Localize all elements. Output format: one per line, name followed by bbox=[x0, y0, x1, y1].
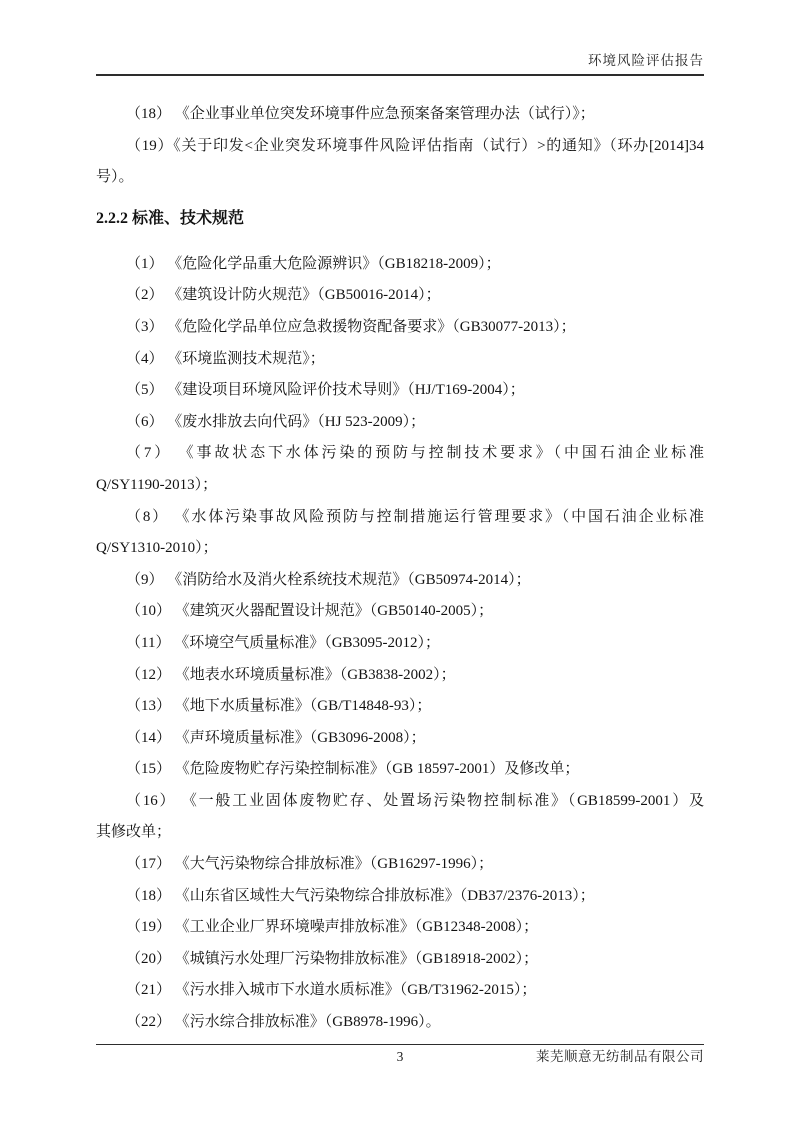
section-heading: 2.2.2 标准、技术规范 bbox=[96, 208, 704, 230]
paragraph: （19）《关于印发<企业突发环境事件风险评估指南（试行）>的通知》（环办[201… bbox=[96, 131, 704, 194]
paragraph-line: （14） 《声环境质量标准》（GB3096-2008）； bbox=[96, 723, 704, 755]
heading-text: 2.2.2 标准、技术规范 bbox=[96, 208, 704, 230]
paragraph-line: 其修改单； bbox=[96, 817, 704, 849]
document-body: （18） 《企业事业单位突发环境事件应急预案备案管理办法（试行）》；（19）《关… bbox=[96, 91, 704, 1039]
paragraph: （15） 《危险废物贮存污染控制标准》（GB 18597-2001）及修改单； bbox=[96, 754, 704, 786]
paragraph: （21） 《污水排入城市下水道水质标准》（GB/T31962-2015）； bbox=[96, 975, 704, 1007]
document-page: 环境风险评估报告 （18） 《企业事业单位突发环境事件应急预案备案管理办法（试行… bbox=[0, 0, 800, 1131]
report-title: 环境风险评估报告 bbox=[96, 52, 704, 70]
paragraph: （8） 《水体污染事故风险预防与控制措施运行管理要求》（中国石油企业标准Q/SY… bbox=[96, 502, 704, 565]
paragraph-line: （6） 《废水排放去向代码》（HJ 523-2009）； bbox=[96, 407, 704, 439]
paragraph-line: （16） 《一般工业固体废物贮存、处置场污染物控制标准》（GB18599-200… bbox=[96, 786, 704, 818]
paragraph-line: 号）。 bbox=[96, 162, 704, 194]
paragraph: （19） 《工业企业厂界环境噪声排放标准》（GB12348-2008）； bbox=[96, 912, 704, 944]
paragraph-line: （11） 《环境空气质量标准》（GB3095-2012）； bbox=[96, 628, 704, 660]
paragraph: （18） 《企业事业单位突发环境事件应急预案备案管理办法（试行）》； bbox=[96, 99, 704, 131]
header-rule bbox=[96, 74, 704, 76]
paragraph: （3） 《危险化学品单位应急救援物资配备要求》（GB30077-2013）； bbox=[96, 312, 704, 344]
paragraph: （6） 《废水排放去向代码》（HJ 523-2009）； bbox=[96, 407, 704, 439]
paragraph: （22） 《污水综合排放标准》（GB8978-1996）。 bbox=[96, 1007, 704, 1039]
paragraph-line: （12） 《地表水环境质量标准》（GB3838-2002）； bbox=[96, 660, 704, 692]
page-header: 环境风险评估报告 bbox=[96, 52, 704, 76]
paragraph-line: （10） 《建筑灭火器配置设计规范》（GB50140-2005）； bbox=[96, 596, 704, 628]
paragraph-line: （19）《关于印发<企业突发环境事件风险评估指南（试行）>的通知》（环办[201… bbox=[96, 131, 704, 163]
paragraph: （20） 《城镇污水处理厂污染物排放标准》（GB18918-2002）； bbox=[96, 944, 704, 976]
paragraph-line: （1） 《危险化学品重大危险源辨识》（GB18218-2009）； bbox=[96, 249, 704, 281]
paragraph-line: （5） 《建设项目环境风险评价技术导则》（HJ/T169-2004）； bbox=[96, 375, 704, 407]
paragraph: （16） 《一般工业固体废物贮存、处置场污染物控制标准》（GB18599-200… bbox=[96, 786, 704, 849]
company-name: 莱芜顺意无纺制品有限公司 bbox=[536, 1048, 704, 1066]
paragraph: （13） 《地下水质量标准》（GB/T14848-93）； bbox=[96, 691, 704, 723]
paragraph-line: （17） 《大气污染物综合排放标准》（GB16297-1996）； bbox=[96, 849, 704, 881]
paragraph: （18） 《山东省区域性大气污染物综合排放标准》（DB37/2376-2013）… bbox=[96, 881, 704, 913]
paragraph-line: （19） 《工业企业厂界环境噪声排放标准》（GB12348-2008）； bbox=[96, 912, 704, 944]
paragraph: （7） 《事故状态下水体污染的预防与控制技术要求》（中国石油企业标准Q/SY11… bbox=[96, 438, 704, 501]
paragraph-line: （18） 《企业事业单位突发环境事件应急预案备案管理办法（试行）》； bbox=[96, 99, 704, 131]
paragraph: （14） 《声环境质量标准》（GB3096-2008）； bbox=[96, 723, 704, 755]
paragraph: （4） 《环境监测技术规范》； bbox=[96, 344, 704, 376]
paragraph-line: （20） 《城镇污水处理厂污染物排放标准》（GB18918-2002）； bbox=[96, 944, 704, 976]
paragraph: （11） 《环境空气质量标准》（GB3095-2012）； bbox=[96, 628, 704, 660]
paragraph-line: （2） 《建筑设计防火规范》（GB50016-2014）； bbox=[96, 280, 704, 312]
paragraph: （1） 《危险化学品重大危险源辨识》（GB18218-2009）； bbox=[96, 249, 704, 281]
paragraph-line: （7） 《事故状态下水体污染的预防与控制技术要求》（中国石油企业标准 bbox=[96, 438, 704, 470]
paragraph-line: Q/SY1310-2010）； bbox=[96, 533, 704, 565]
paragraph: （9） 《消防给水及消火栓系统技术规范》（GB50974-2014）； bbox=[96, 565, 704, 597]
paragraph: （10） 《建筑灭火器配置设计规范》（GB50140-2005）； bbox=[96, 596, 704, 628]
paragraph: （17） 《大气污染物综合排放标准》（GB16297-1996）； bbox=[96, 849, 704, 881]
paragraph-line: （9） 《消防给水及消火栓系统技术规范》（GB50974-2014）； bbox=[96, 565, 704, 597]
paragraph-line: （18） 《山东省区域性大气污染物综合排放标准》（DB37/2376-2013）… bbox=[96, 881, 704, 913]
paragraph-line: （8） 《水体污染事故风险预防与控制措施运行管理要求》（中国石油企业标准 bbox=[96, 502, 704, 534]
paragraph: （5） 《建设项目环境风险评价技术导则》（HJ/T169-2004）； bbox=[96, 375, 704, 407]
paragraph: （2） 《建筑设计防火规范》（GB50016-2014）； bbox=[96, 280, 704, 312]
paragraph-line: （13） 《地下水质量标准》（GB/T14848-93）； bbox=[96, 691, 704, 723]
paragraph: （12） 《地表水环境质量标准》（GB3838-2002）； bbox=[96, 660, 704, 692]
paragraph-line: （3） 《危险化学品单位应急救援物资配备要求》（GB30077-2013）； bbox=[96, 312, 704, 344]
paragraph-line: （15） 《危险废物贮存污染控制标准》（GB 18597-2001）及修改单； bbox=[96, 754, 704, 786]
paragraph-line: （4） 《环境监测技术规范》； bbox=[96, 344, 704, 376]
page-footer: 3 莱芜顺意无纺制品有限公司 bbox=[96, 1044, 704, 1068]
paragraph-line: （22） 《污水综合排放标准》（GB8978-1996）。 bbox=[96, 1007, 704, 1039]
footer-row: 3 莱芜顺意无纺制品有限公司 bbox=[96, 1045, 704, 1068]
paragraph-line: （21） 《污水排入城市下水道水质标准》（GB/T31962-2015）； bbox=[96, 975, 704, 1007]
paragraph-line: Q/SY1190-2013）； bbox=[96, 470, 704, 502]
